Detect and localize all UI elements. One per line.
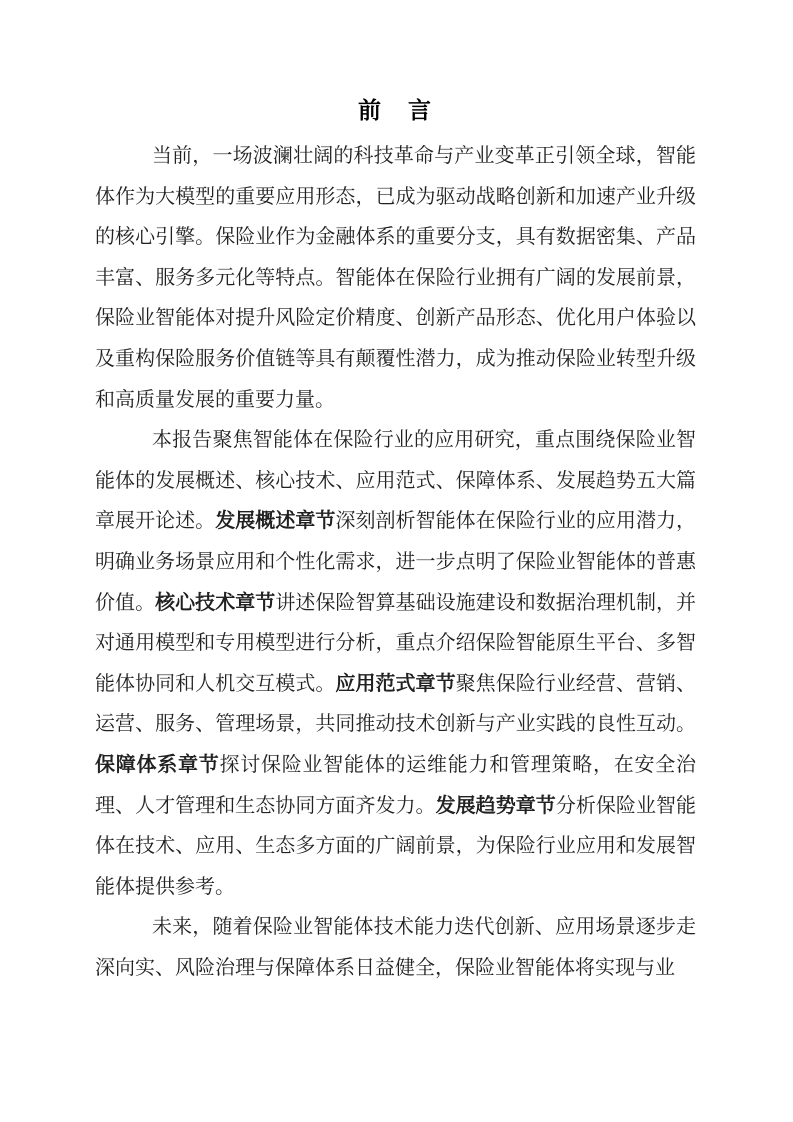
document-body: 当前，一场波澜壮阔的科技革命与产业变革正引领全球，智能体作为大模型的重要应用形态…	[95, 136, 696, 988]
body-paragraph: 本报告聚焦智能体在保险行业的应用研究，重点围绕保险业智能体的发展概述、核心技术、…	[95, 420, 696, 907]
document-title: 前 言	[95, 94, 696, 126]
body-paragraph: 当前，一场波澜壮阔的科技革命与产业变革正引领全球，智能体作为大模型的重要应用形态…	[95, 136, 696, 420]
text-segment: 当前，一场波澜壮阔的科技革命与产业变革正引领全球，智能体作为大模型的重要应用形态…	[95, 145, 696, 411]
chapter-emphasis-text: 保障体系章节	[95, 754, 220, 776]
document-content: 前 言 当前，一场波澜壮阔的科技革命与产业变革正引领全球，智能体作为大模型的重要…	[95, 94, 696, 988]
chapter-emphasis-text: 发展趋势章节	[436, 795, 556, 817]
text-segment: 未来，随着保险业智能体技术能力迭代创新、应用场景逐步走深向实、风险治理与保障体系…	[95, 916, 696, 979]
chapter-emphasis-text: 应用范式章节	[335, 673, 455, 695]
chapter-emphasis-text: 核心技术章节	[155, 592, 275, 614]
chapter-emphasis-text: 发展概述章节	[215, 510, 335, 532]
body-paragraph: 未来，随着保险业智能体技术能力迭代创新、应用场景逐步走深向实、风险治理与保障体系…	[95, 907, 696, 988]
document-page: 前 言 当前，一场波澜壮阔的科技革命与产业变革正引领全球，智能体作为大模型的重要…	[0, 0, 793, 1122]
